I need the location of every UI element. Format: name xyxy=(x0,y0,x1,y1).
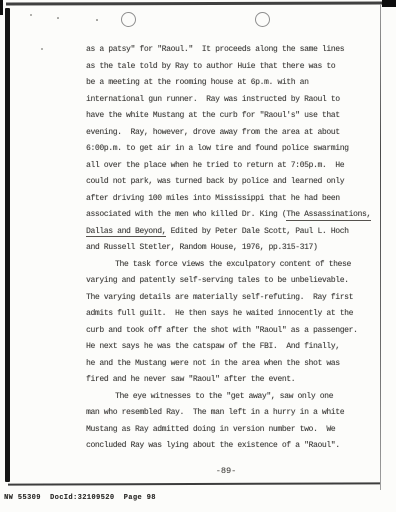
text-line: evening. Ray, however, drove away from t… xyxy=(86,125,386,142)
text-segment: all over the place when he tried to retu… xyxy=(86,161,344,170)
underlined-book-title: Dallas and Beyond, xyxy=(86,227,166,238)
text-line: 6:00p.m. to get air in a low tire and fo… xyxy=(86,141,386,158)
text-segment: man who resembled Ray. The man left in a… xyxy=(86,408,344,417)
text-segment: international gun runner. Ray was instru… xyxy=(86,95,340,104)
punch-hole-mark xyxy=(121,12,136,27)
text-segment: as a patsy" for "Raoul." It proceeds alo… xyxy=(86,45,344,54)
scan-speck xyxy=(41,48,43,50)
text-segment: evening. Ray, however, drove away from t… xyxy=(86,128,340,137)
paragraph: The task force views the exculpatory con… xyxy=(86,257,386,389)
text-line: Mustang as Ray admitted doing in version… xyxy=(86,422,386,439)
text-line: man who resembled Ray. The man left in a… xyxy=(86,405,386,422)
scan-left-edge-bar xyxy=(5,8,10,482)
text-segment: admits full guilt. He then says he waite… xyxy=(86,309,353,318)
text-segment: The task force views the exculpatory con… xyxy=(115,260,351,269)
text-segment: be a meeting at the rooming house at 6p.… xyxy=(86,78,309,87)
scan-bottom-edge-line xyxy=(8,482,380,485)
paragraph: The eye witnesses to the "get away", saw… xyxy=(86,389,386,455)
scan-top-edge-line xyxy=(6,1,396,5)
text-line: The task force views the exculpatory con… xyxy=(86,257,386,274)
text-segment: he and the Mustang were not in the area … xyxy=(86,359,340,368)
text-segment: as the tale told by Ray to author Huie t… xyxy=(86,62,335,71)
text-segment: curb and took off after the shot with "R… xyxy=(86,326,358,335)
text-line: The varying details are materially self-… xyxy=(86,290,386,307)
text-line: he and the Mustang were not in the area … xyxy=(86,356,386,373)
punch-hole-mark xyxy=(255,12,270,27)
paragraph: as a patsy" for "Raoul." It proceeds alo… xyxy=(86,42,386,257)
text-line: varying and patently self-serving tales … xyxy=(86,273,386,290)
text-segment: have the white Mustang at the curb for "… xyxy=(86,111,340,120)
text-line: as the tale told by Ray to author Huie t… xyxy=(86,59,386,76)
text-line: after driving 100 miles into Mississippi… xyxy=(86,191,386,208)
text-line: be a meeting at the rooming house at 6p.… xyxy=(86,75,386,92)
scan-speck xyxy=(57,17,59,19)
page-number: -89- xyxy=(86,466,366,476)
scan-speck xyxy=(96,19,98,21)
text-segment: varying and patently self-serving tales … xyxy=(86,276,349,285)
underlined-book-title: The Assassinations, xyxy=(286,210,371,221)
text-segment: Edited by Peter Dale Scott, Paul L. Hoch xyxy=(166,227,348,236)
text-line: Dallas and Beyond, Edited by Peter Dale … xyxy=(86,224,386,241)
text-line: could not park, was turned back by polic… xyxy=(86,174,386,191)
scan-top-left-corner-mark xyxy=(0,0,3,15)
text-segment: could not park, was turned back by polic… xyxy=(86,177,344,186)
text-line: all over the place when he tried to retu… xyxy=(86,158,386,175)
text-line: admits full guilt. He then says he waite… xyxy=(86,306,386,323)
text-segment: concluded Ray was lying about the existe… xyxy=(86,441,340,450)
text-segment: 6:00p.m. to get air in a low tire and fo… xyxy=(86,144,349,153)
text-line: have the white Mustang at the curb for "… xyxy=(86,108,386,125)
text-segment: He next says he was the catspaw of the F… xyxy=(86,342,340,351)
text-line: as a patsy" for "Raoul." It proceeds alo… xyxy=(86,42,386,59)
text-segment: The eye witnesses to the "get away", saw… xyxy=(115,392,333,401)
scan-speck xyxy=(30,14,32,16)
text-segment: after driving 100 miles into Mississippi… xyxy=(86,194,340,203)
text-line: concluded Ray was lying about the existe… xyxy=(86,438,386,455)
text-segment: and Russell Stetler, Random House, 1976,… xyxy=(86,243,317,252)
text-line: The eye witnesses to the "get away", saw… xyxy=(86,389,386,406)
text-segment: fired and he never saw "Raoul" after the… xyxy=(86,375,295,384)
text-line: associated with the men who killed Dr. K… xyxy=(86,207,386,224)
text-line: fired and he never saw "Raoul" after the… xyxy=(86,372,386,389)
text-line: international gun runner. Ray was instru… xyxy=(86,92,386,109)
text-segment: Mustang as Ray admitted doing in version… xyxy=(86,425,335,434)
document-id-footer: NW 55309 DocId:32109520 Page 98 xyxy=(4,494,156,502)
text-line: curb and took off after the shot with "R… xyxy=(86,323,386,340)
text-segment: The varying details are materially self-… xyxy=(86,293,353,302)
text-line: and Russell Stetler, Random House, 1976,… xyxy=(86,240,386,257)
text-segment: associated with the men who killed Dr. K… xyxy=(86,210,286,219)
text-line: He next says he was the catspaw of the F… xyxy=(86,339,386,356)
scan-top-right-corner-mark xyxy=(382,0,396,7)
scanned-document-page: as a patsy" for "Raoul." It proceeds alo… xyxy=(0,0,396,512)
document-text: as a patsy" for "Raoul." It proceeds alo… xyxy=(86,42,386,455)
